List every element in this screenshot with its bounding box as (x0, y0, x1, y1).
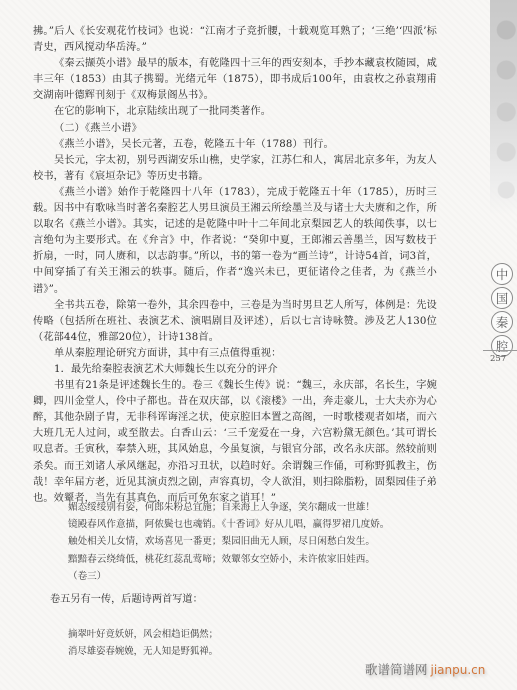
poem-source: （卷三） (68, 568, 408, 585)
watermark: 歌谱简谱网jianpu.cn (365, 660, 485, 678)
running-title-vertical: 中 国 秦 腔 (491, 263, 513, 357)
paragraph-contents: 全书共五卷，除第一卷外，其余四卷中，三卷是为当时男旦艺人所写，体例是：先设传略（… (33, 298, 437, 346)
poem-line: 触处相关儿女情，欢场喜见一番更；梨园旧曲无人顾，尽日闲愁白发生。 (68, 533, 408, 550)
poem-line: 黯黯春云绕绮低，桃花红蕊乱莺啼；效颦邻女空娇小，未许侬家旧娃西。 (68, 551, 408, 568)
paragraph-influence: 在它的影响下，北京陆续出现了一批同类著作。 (33, 104, 437, 120)
paragraph-wei-changsheng: 书里有21条是评述魏长生的。卷三《魏长生传》说：“魏三，永庆部，名长生，字婉卿，… (33, 378, 437, 507)
book-page: 拂。”后人《长安观花竹枝词》也说：“江南才子竞折腰，十载观览耳熟了；‘三绝’‘四… (0, 0, 517, 690)
poem-line: 消尽雄姿春婉娩，无人知是野狐禅。 (68, 643, 368, 660)
section-heading: （二）《燕兰小谱》 (33, 121, 437, 137)
paragraph-history: 《燕兰小谱》始作于乾隆四十八年（1783），完成于乾隆五十年（1785），历时三… (33, 185, 437, 298)
poem-quote-1: 媚态绥绥别有姿，何郎朱粉总宜施；自来海上人争逐，笑尔翻成一世雄！ 镜殿春风作意描… (68, 499, 408, 585)
body-text: 拂。”后人《长安观花竹枝词》也说：“江南才子竞折腰，十载观览耳熟了；‘三绝’‘四… (33, 24, 437, 507)
poem-quote-2: 摘翠叶好竟妖妍，风会相趋讵偶然； 消尽雄姿春婉娩，无人知是野狐禅。 (68, 626, 368, 660)
decorative-pattern-band (490, 0, 517, 215)
watermark-cn: 歌谱简谱网 (365, 662, 428, 677)
paragraph-book-info: 《燕兰小谱》，吴长元著，五卷，乾隆五十年（1788）刊行。 (33, 137, 437, 153)
paragraph-volume-five: 卷五另有一传，后题诗两首写道： (50, 592, 430, 608)
title-char-seal: 中 (491, 263, 513, 285)
paragraph-editions: 《秦云撷英小谱》最早的版本，有乾隆四十三年的西安刻本，手抄本藏袁枚随园，咸丰三年… (33, 56, 437, 104)
paragraph-theory: 单从秦腔理论研究方面讲，其中有三点值得重视： (33, 346, 437, 362)
title-char-seal: 秦 (491, 311, 513, 333)
subheading-point-1: 1．最先给秦腔表演艺术大师魏长生以充分的评介 (33, 362, 437, 378)
paragraph-continued: 拂。”后人《长安观花竹枝词》也说：“江南才子竞折腰，十载观览耳熟了；‘三绝’‘四… (33, 24, 437, 56)
watermark-site: jianpu.cn (431, 663, 486, 677)
poem-line: 媚态绥绥别有姿，何郎朱粉总宜施；自来海上人争逐，笑尔翻成一世雄！ (68, 499, 408, 516)
title-char-seal: 国 (491, 287, 513, 309)
poem-line: 镜殿春风作意描，阿侬鬓乜也魂销。《十香词》好从儿唱，赢得罗裙几度娇。 (68, 516, 408, 533)
page-number-divider (483, 350, 517, 351)
paragraph-author: 吴长元，字太初，别号西湖安乐山樵，史学家，江苏仁和人，寓居北京多年，为友人校书，… (33, 153, 437, 185)
page-number: 257 (490, 354, 506, 364)
poem-line: 摘翠叶好竟妖妍，风会相趋讵偶然； (68, 626, 368, 643)
